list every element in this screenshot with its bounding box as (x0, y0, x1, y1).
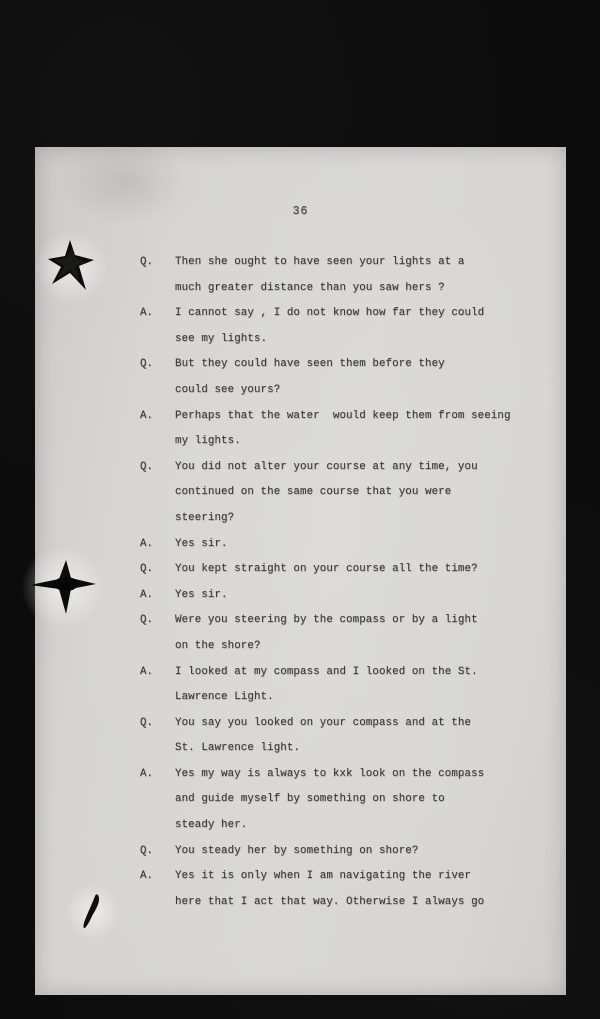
speaker-label: A. (140, 538, 175, 550)
qa-row: my lights. (140, 435, 540, 461)
speaker-label: Q. (140, 256, 175, 268)
line-text: and guide myself by something on shore t… (175, 793, 540, 805)
line-text: Yes it is only when I am navigating the … (175, 870, 540, 882)
qa-row: could see yours? (140, 384, 540, 410)
line-text: continued on the same course that you we… (175, 486, 540, 498)
qa-row: much greater distance than you saw hers … (140, 282, 540, 308)
qa-row: A.Yes sir. (140, 538, 540, 564)
line-text: You did not alter your course at any tim… (175, 461, 540, 473)
speaker-label: A. (140, 768, 175, 780)
line-text: I cannot say , I do not know how far the… (175, 307, 540, 319)
qa-row: A.Yes my way is always to kxk look on th… (140, 768, 540, 794)
paper-page: 36 Q.Then she ought to have seen your li… (35, 147, 566, 995)
qa-row: Q.You kept straight on your course all t… (140, 563, 540, 589)
qa-row: see my lights. (140, 333, 540, 359)
speaker-label: Q. (140, 614, 175, 626)
qa-row: Q.You steady her by something on shore? (140, 845, 540, 871)
qa-row: A.I cannot say , I do not know how far t… (140, 307, 540, 333)
qa-row: Q.You say you looked on your compass and… (140, 717, 540, 743)
line-text: I looked at my compass and I looked on t… (175, 666, 540, 678)
speaker-label: A. (140, 666, 175, 678)
qa-row: Q.But they could have seen them before t… (140, 358, 540, 384)
line-text: Yes sir. (175, 538, 540, 550)
qa-row: Q.Then she ought to have seen your light… (140, 256, 540, 282)
line-text: But they could have seen them before the… (175, 358, 540, 370)
qa-row: Q.You did not alter your course at any t… (140, 461, 540, 487)
speaker-label: Q. (140, 845, 175, 857)
line-text: my lights. (175, 435, 540, 447)
qa-row: on the shore? (140, 640, 540, 666)
qa-row: Lawrence Light. (140, 691, 540, 717)
line-text: could see yours? (175, 384, 540, 396)
speaker-label: Q. (140, 563, 175, 575)
line-text: much greater distance than you saw hers … (175, 282, 540, 294)
speaker-label: Q. (140, 717, 175, 729)
qa-row: steering? (140, 512, 540, 538)
line-text: Were you steering by the compass or by a… (175, 614, 540, 626)
speaker-label: A. (140, 410, 175, 422)
line-text: Lawrence Light. (175, 691, 540, 703)
page-number: 36 (35, 205, 566, 218)
qa-row: A.Yes it is only when I am navigating th… (140, 870, 540, 896)
line-text: Then she ought to have seen your lights … (175, 256, 540, 268)
line-text: Perhaps that the water would keep them f… (175, 410, 540, 422)
line-text: Yes my way is always to kxk look on the … (175, 768, 540, 780)
qa-row: A.Perhaps that the water would keep them… (140, 410, 540, 436)
transcript: Q.Then she ought to have seen your light… (140, 256, 540, 921)
qa-row: A.Yes sir. (140, 589, 540, 615)
qa-row: here that I act that way. Otherwise I al… (140, 896, 540, 922)
line-text: Yes sir. (175, 589, 540, 601)
qa-row: St. Lawrence light. (140, 742, 540, 768)
qa-row: and guide myself by something on shore t… (140, 793, 540, 819)
qa-row: Q.Were you steering by the compass or by… (140, 614, 540, 640)
line-text: You kept straight on your course all the… (175, 563, 540, 575)
qa-row: continued on the same course that you we… (140, 486, 540, 512)
qa-row: steady her. (140, 819, 540, 845)
speaker-label: A. (140, 307, 175, 319)
line-text: St. Lawrence light. (175, 742, 540, 754)
line-text: You say you looked on your compass and a… (175, 717, 540, 729)
line-text: steady her. (175, 819, 540, 831)
speaker-label: A. (140, 589, 175, 601)
speaker-label: Q. (140, 461, 175, 473)
line-text: here that I act that way. Otherwise I al… (175, 896, 540, 908)
qa-row: A.I looked at my compass and I looked on… (140, 666, 540, 692)
speaker-label: A. (140, 870, 175, 882)
line-text: on the shore? (175, 640, 540, 652)
scan-frame: 36 Q.Then she ought to have seen your li… (0, 0, 600, 1019)
speaker-label: Q. (140, 358, 175, 370)
line-text: You steady her by something on shore? (175, 845, 540, 857)
line-text: steering? (175, 512, 540, 524)
line-text: see my lights. (175, 333, 540, 345)
